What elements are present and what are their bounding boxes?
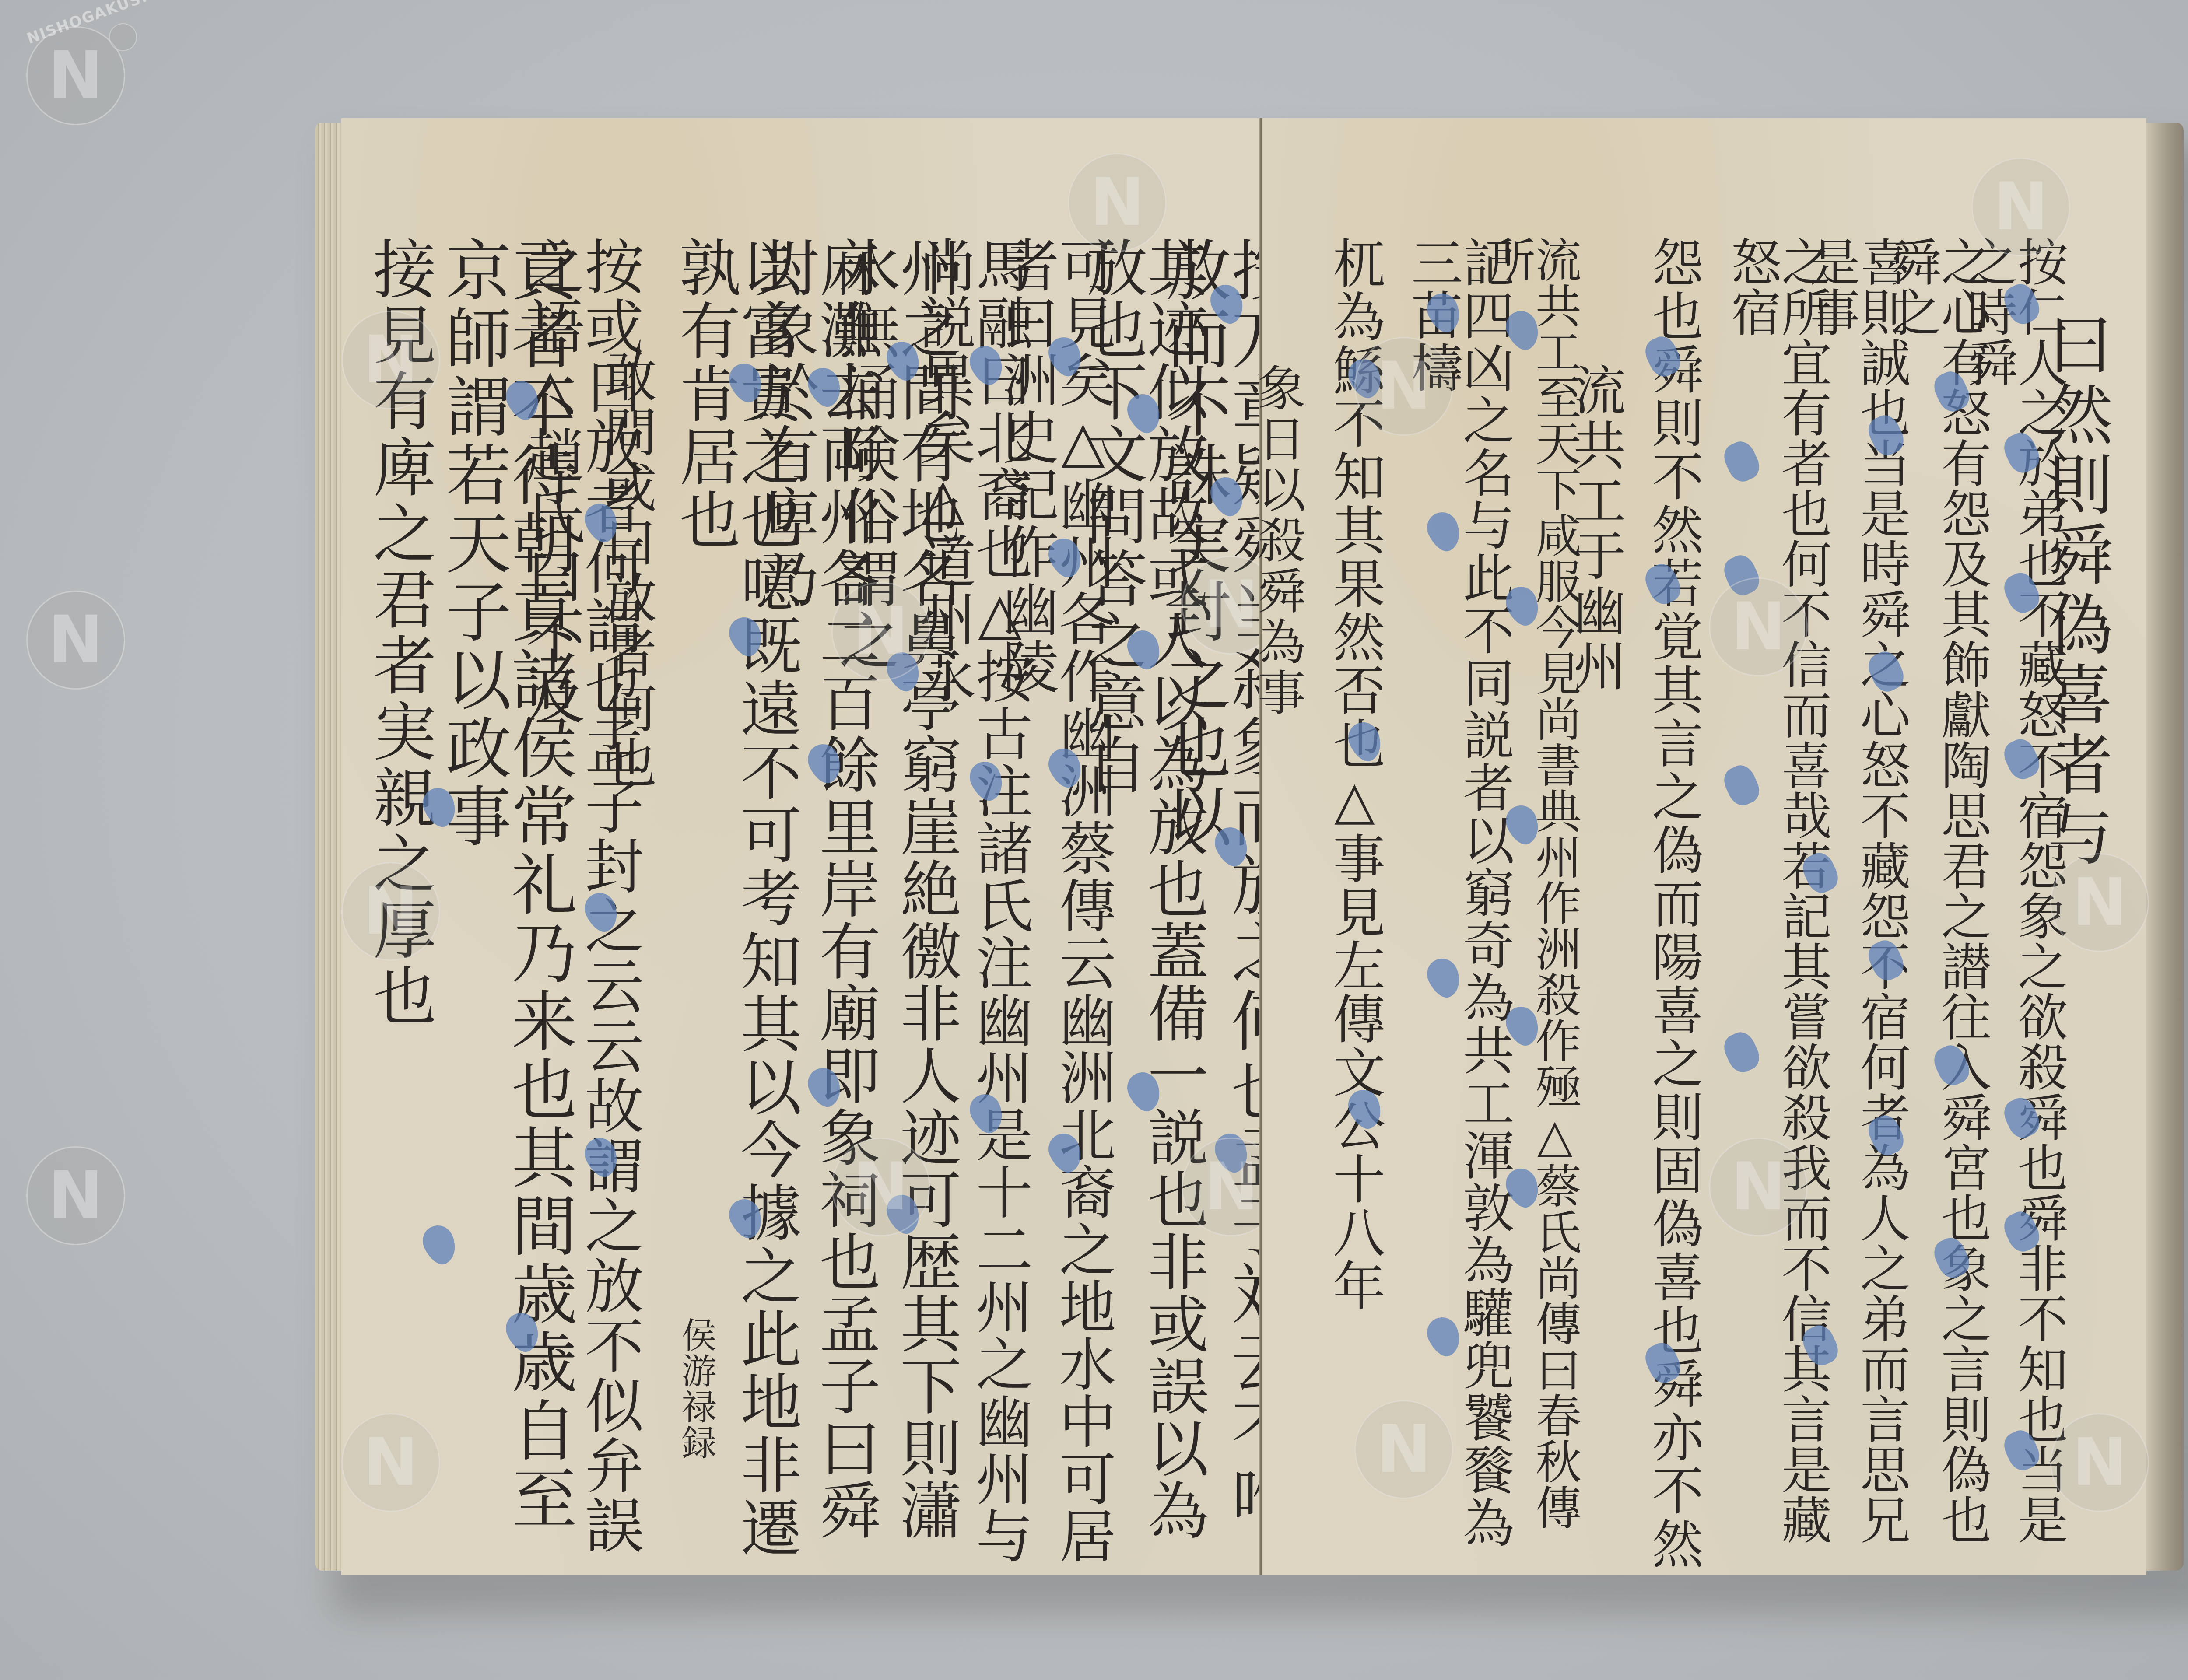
watermark-glyph: N <box>1993 174 2048 240</box>
watermark-logo-icon: N <box>1709 1137 1808 1236</box>
watermark-glyph: N <box>48 43 103 108</box>
marginal-note: 侯游禄録 <box>678 1317 713 1460</box>
watermark-logo-icon: N <box>2050 853 2149 952</box>
watermark-logo-icon: N <box>1971 157 2070 256</box>
watermark-dot-icon <box>109 23 137 51</box>
watermark-logo-icon: N <box>1709 577 1808 676</box>
watermark-glyph: N <box>853 598 908 664</box>
left-page: 按万章疑舜当殺象而放之何也孟子対云不唯放而不誅実封之也以 其迹似放故或人以為放也… <box>341 118 1260 1575</box>
text-column: 貢者不待朝貢諸侯常礼乃来也其間歳歳自至京師謂若天子以政事 <box>440 236 571 1575</box>
watermark-glyph: N <box>1376 353 1431 419</box>
text-column: 之所宜有者也何不信而喜哉若記其嘗欲殺我而不信其言是藏怒宿 <box>1726 236 1827 1575</box>
watermark-glyph: N <box>1731 594 1786 660</box>
watermark-glyph: N <box>363 1430 418 1495</box>
watermark-logo-icon: N <box>1354 337 1453 436</box>
text-column: 象日以殺舜為事 <box>1254 363 1302 718</box>
watermark-glyph: N <box>363 327 418 393</box>
watermark-logo-icon: N <box>2050 1413 2149 1512</box>
watermark-glyph: N <box>2072 1430 2127 1495</box>
watermark-glyph: N <box>1203 1154 1259 1220</box>
watermark-logo-icon: N <box>831 1137 930 1236</box>
watermark-glyph: N <box>2072 870 2127 935</box>
text-column: 記四凶之名与此不同説者以窮奇為共工渾敦為驩兜饕餮為三苗檮 <box>1407 236 1510 1575</box>
watermark-glyph: N <box>48 1163 103 1228</box>
watermark-logo-icon: NISHOGAKUSHA N <box>26 26 125 125</box>
open-book: 按万章疑舜当殺象而放之何也孟子対云不唯放而不誅実封之也以 其迹似放故或人以為放也… <box>315 118 2184 1575</box>
watermark-logo-icon: N <box>341 1413 440 1512</box>
watermark-logo-icon: N <box>341 311 440 409</box>
watermark-glyph: N <box>1731 1154 1786 1220</box>
page-edges-right <box>2144 122 2184 1571</box>
watermark-glyph: N <box>1090 170 1145 235</box>
watermark-glyph: N <box>363 878 418 944</box>
watermark-logo-icon: N <box>341 862 440 961</box>
watermark-logo-icon: N <box>1068 153 1167 252</box>
watermark-glyph: N <box>853 1154 908 1220</box>
watermark-logo-icon: N <box>26 1146 125 1245</box>
watermark-glyph: N <box>1376 1417 1431 1482</box>
watermark-glyph: N <box>48 607 103 673</box>
right-page: 曰然則舜偽喜者与 按仁人之於弟也不藏怒不宿怨象之欲殺舜也舜非不知也当是之時舜 之… <box>1262 118 2146 1575</box>
watermark-logo-icon: N <box>26 591 125 689</box>
watermark-logo-icon: N <box>831 582 930 681</box>
watermark-logo-icon: N <box>1354 1400 1453 1499</box>
